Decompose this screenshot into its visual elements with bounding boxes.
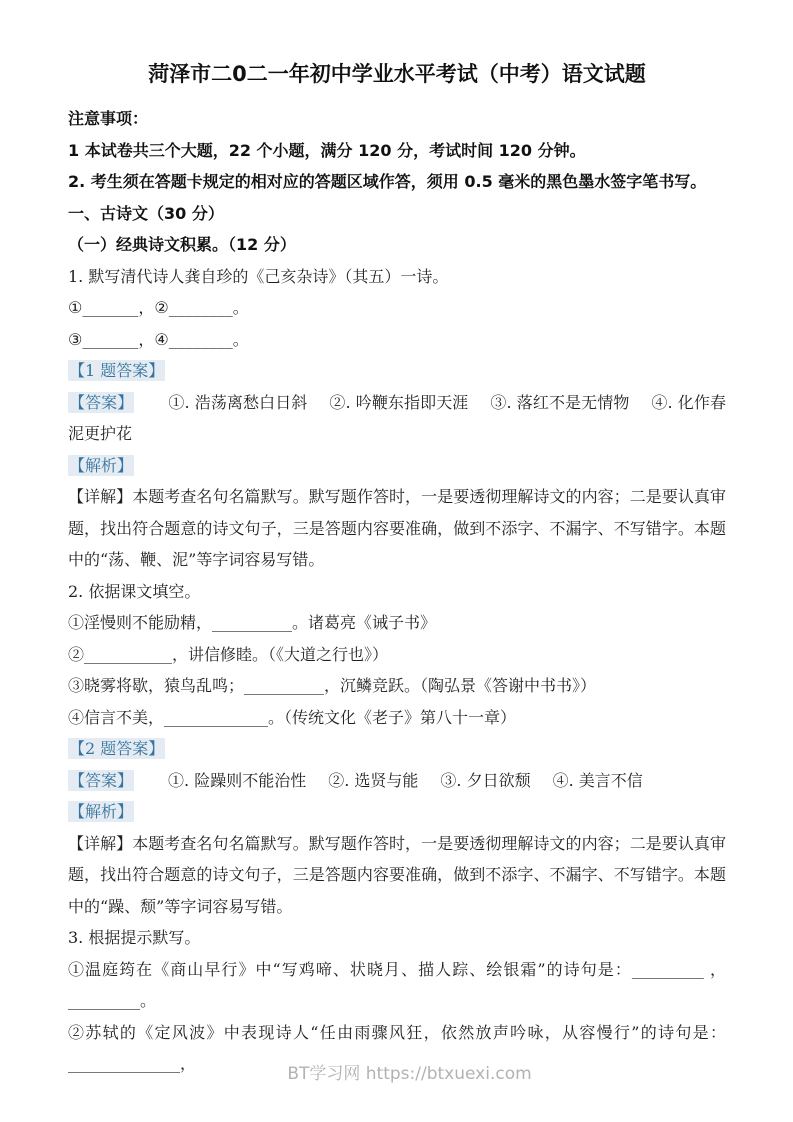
q2-stem: 2. 依据课文填空。 (68, 576, 726, 608)
q1-answer-item-2: ②. 吟鞭东指即天涯 (329, 393, 468, 412)
q2-item-4: ④信言不美，_____________。（传统文化《老子》第八十一章） (68, 702, 726, 734)
q1-detail-paragraph: 【详解】本题考查名句名篇默写。默写题作答时，一是要透彻理解诗文的内容；二是要认真… (68, 481, 726, 576)
q2-item-1: ①淫慢则不能励精，__________。诸葛亮《诫子书》 (68, 607, 726, 639)
q1-answer-line: 【答案】①. 浩荡离愁白日斜②. 吟鞭东指即天涯③. 落红不是无情物④. 化作春… (68, 387, 726, 450)
q2-answer-item-4: ④. 美言不信 (553, 771, 643, 790)
notice-heading: 注意事项： (68, 103, 726, 135)
q1-answer-label-badge: 【答案】 (68, 392, 134, 413)
q1-blank-line-2: ③_______，④________。 (68, 324, 726, 356)
q2-detail-label: 【详解】 (68, 834, 132, 853)
q2-item-3: ③晓雾将歇，猿鸟乱鸣；__________，沉鳞竞跃。（陶弘景《答谢中书书》） (68, 670, 726, 702)
notice-item-2: 2. 考生须在答题卡规定的相对应的答题区域作答，须用 0.5 毫米的黑色墨水签字… (68, 166, 726, 198)
subsection-heading-classic-accumulation: （一）经典诗文积累。（12 分） (68, 229, 726, 261)
q2-answer-line: 【答案】①. 险躁则不能治性②. 选贤与能③. 夕日欲颓④. 美言不信 (68, 765, 726, 797)
q2-analysis-badge: 【解析】 (68, 801, 134, 822)
watermark-text: BT学习网 https://btxuexi.com (0, 1062, 793, 1086)
document-content: 菏泽市二0二一年初中学业水平考试（中考）语文试题 注意事项： 1 本试卷共三个大… (68, 0, 726, 1080)
q1-answer-item-3: ③. 落红不是无情物 (490, 393, 629, 412)
q2-answer-item-2: ②. 选贤与能 (328, 771, 418, 790)
q1-answer-item-1: ①. 浩荡离愁白日斜 (168, 393, 307, 412)
q1-answer-header-line: 【1 题答案】 (68, 355, 726, 387)
notice-item-1: 1 本试卷共三个大题，22 个小题，满分 120 分，考试时间 120 分钟。 (68, 135, 726, 167)
page-title: 菏泽市二0二一年初中学业水平考试（中考）语文试题 (68, 54, 726, 94)
q2-answer-item-1: ①. 险躁则不能治性 (168, 771, 306, 790)
exam-document-page: 菏泽市二0二一年初中学业水平考试（中考）语文试题 注意事项： 1 本试卷共三个大… (0, 0, 793, 1122)
q1-analysis-badge: 【解析】 (68, 455, 134, 476)
q1-stem: 1. 默写清代诗人龚自珍的《己亥杂诗》（其五）一诗。 (68, 261, 726, 293)
q1-blank-line-1: ①_______，②________。 (68, 292, 726, 324)
q2-answer-header-line: 【2 题答案】 (68, 733, 726, 765)
q2-answer-header-badge: 【2 题答案】 (68, 738, 165, 759)
q2-detail-text: 本题考查名句名篇默写。默写题作答时，一是要透彻理解诗文的内容；二是要认真审题，找… (68, 834, 726, 916)
q1-detail-text: 本题考查名句名篇默写。默写题作答时，一是要透彻理解诗文的内容；二是要认真审题，找… (68, 487, 726, 569)
q2-detail-paragraph: 【详解】本题考查名句名篇默写。默写题作答时，一是要透彻理解诗文的内容；二是要认真… (68, 828, 726, 923)
q1-answer-header-badge: 【1 题答案】 (68, 360, 165, 381)
q2-item-2: ②___________，讲信修睦。（《大道之行也》） (68, 639, 726, 671)
q3-stem: 3. 根据提示默写。 (68, 922, 726, 954)
q3-item-1: ①温庭筠在《商山早行》中“写鸡啼、状晓月、描人踪、绘银霜”的诗句是：______… (68, 954, 726, 1017)
q2-answer-label-badge: 【答案】 (68, 770, 134, 791)
section-heading-ancient-poetry: 一、古诗文（30 分） (68, 198, 726, 230)
q1-detail-label: 【详解】 (68, 487, 132, 506)
q1-analysis-line: 【解析】 (68, 450, 726, 482)
q2-analysis-line: 【解析】 (68, 796, 726, 828)
q2-answer-item-3: ③. 夕日欲颓 (440, 771, 530, 790)
